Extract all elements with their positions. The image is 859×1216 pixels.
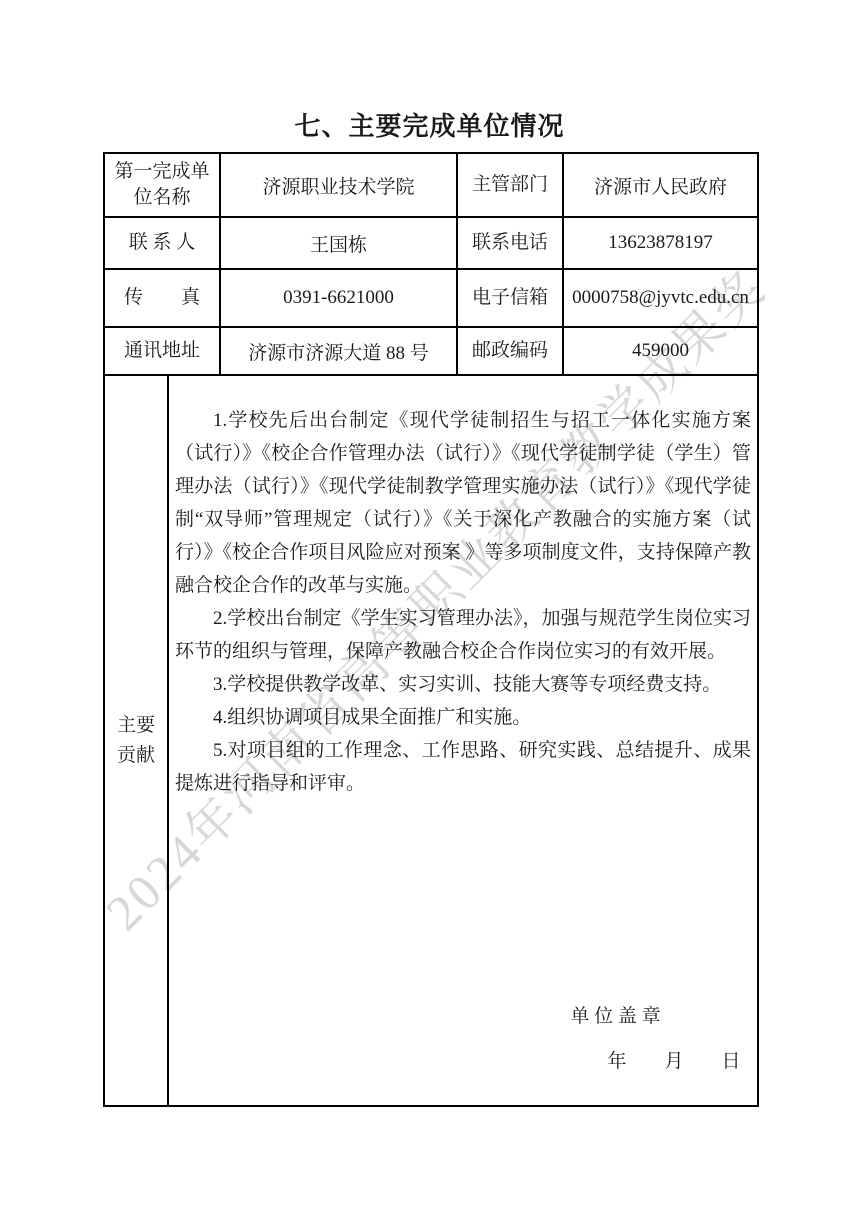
main-contribution-content: 1.学校先后出台制定《现代学徒制招生与招工一体化实施方案（试行）》《校企合作管理… bbox=[168, 375, 758, 1106]
first-unit-name-label: 第一完成单位名称 bbox=[104, 153, 220, 217]
mailing-address-label: 通讯地址 bbox=[104, 327, 220, 375]
contribution-paragraph: 2.学校出台制定《学生实习管理办法》，加强与规范学生岗位实习环节的组织与管理，保… bbox=[175, 602, 751, 668]
contact-person-label: 联 系 人 bbox=[104, 217, 220, 269]
postal-code-label: 邮政编码 bbox=[457, 327, 563, 375]
contribution-paragraph: 5.对项目组的工作理念、工作思路、研究实践、总结提升、成果提炼进行指导和评审。 bbox=[175, 734, 751, 800]
contact-person-value: 王国栋 bbox=[220, 217, 457, 269]
fax-value: 0391-6621000 bbox=[220, 269, 457, 327]
contribution-paragraph: 1.学校先后出台制定《现代学徒制招生与招工一体化实施方案（试行）》《校企合作管理… bbox=[175, 404, 751, 602]
table-row-contact: 联 系 人 王国栋 联系电话 13623878197 bbox=[104, 217, 758, 269]
date-fill-in-line: 年 月 日 bbox=[175, 1045, 751, 1078]
contribution-paragraphs: 1.学校先后出台制定《现代学徒制招生与招工一体化实施方案（试行）》《校企合作管理… bbox=[175, 404, 751, 800]
first-unit-name-value: 济源职业技术学院 bbox=[220, 153, 457, 217]
contact-phone-value: 13623878197 bbox=[563, 217, 758, 269]
postal-code-value: 459000 bbox=[563, 327, 758, 375]
supervising-department-label: 主管部门 bbox=[457, 153, 563, 217]
document-page: 2024年河南省高等职业教育教学成果奖 七、主要完成单位情况 第一完成单位名称 … bbox=[0, 0, 859, 1216]
contribution-paragraph: 4.组织协调项目成果全面推广和实施。 bbox=[175, 701, 751, 734]
unit-stamp-label: 单 位 盖 章 bbox=[175, 1000, 751, 1033]
table-row-contribution: 主要 贡献 1.学校先后出台制定《现代学徒制招生与招工一体化实施方案（试行）》《… bbox=[104, 375, 758, 1106]
contact-phone-label: 联系电话 bbox=[457, 217, 563, 269]
email-label: 电子信箱 bbox=[457, 269, 563, 327]
supervising-department-value: 济源市人民政府 bbox=[563, 153, 758, 217]
completion-unit-table: 第一完成单位名称 济源职业技术学院 主管部门 济源市人民政府 联 系 人 王国栋… bbox=[103, 152, 759, 1107]
fax-label: 传 真 bbox=[104, 269, 220, 327]
document-content: 七、主要完成单位情况 第一完成单位名称 济源职业技术学院 主管部门 济源市人民政… bbox=[0, 0, 859, 1107]
contribution-paragraph: 3.学校提供教学改革、实习实训、技能大赛等专项经费支持。 bbox=[175, 668, 751, 701]
page-title: 七、主要完成单位情况 bbox=[0, 0, 859, 143]
main-contribution-label: 主要 贡献 bbox=[104, 375, 168, 1106]
mailing-address-value: 济源市济源大道 88 号 bbox=[220, 327, 457, 375]
table-row-unit-name: 第一完成单位名称 济源职业技术学院 主管部门 济源市人民政府 bbox=[104, 153, 758, 217]
email-value: 0000758@jyvtc.edu.cn bbox=[563, 269, 758, 327]
table-row-address: 通讯地址 济源市济源大道 88 号 邮政编码 459000 bbox=[104, 327, 758, 375]
table-row-fax-email: 传 真 0391-6621000 电子信箱 0000758@jyvtc.edu.… bbox=[104, 269, 758, 327]
